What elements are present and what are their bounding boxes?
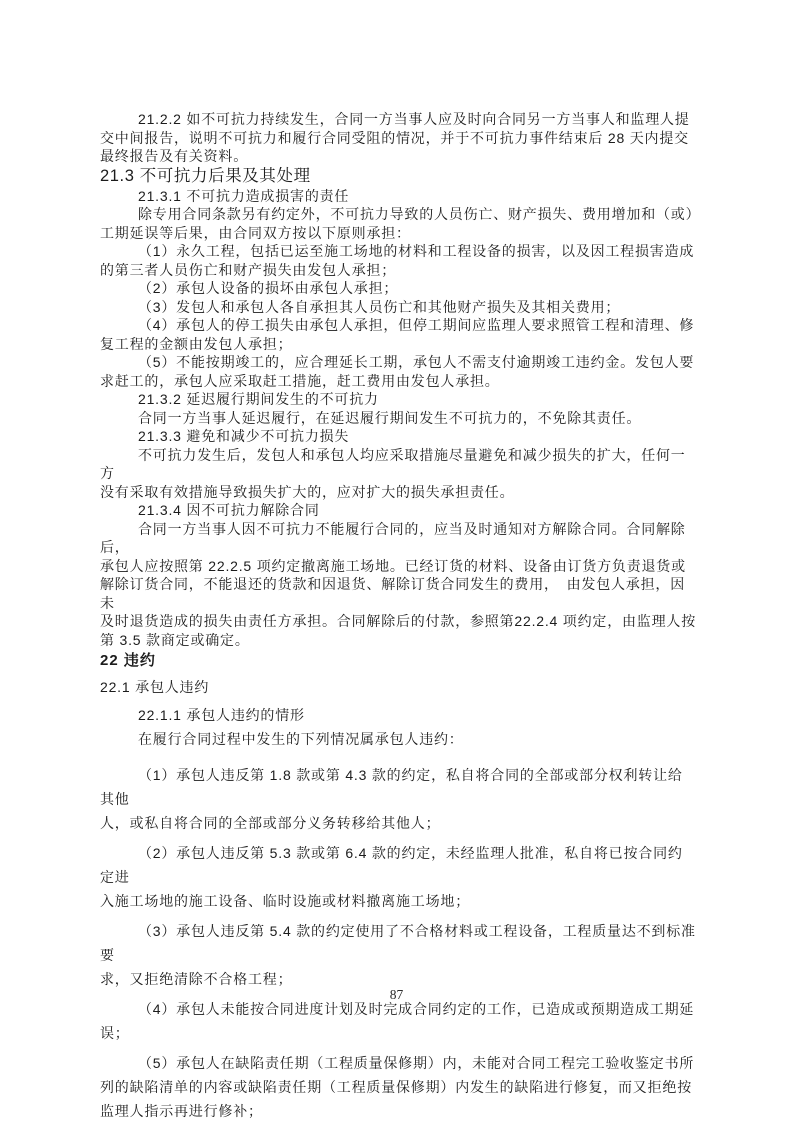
text-line: （2）承包人违反第 5.3 款或第 6.4 款的约定，未经监理人批准，私自将已按… xyxy=(100,841,696,889)
text-line: 最终报告及有关资料。 xyxy=(100,147,696,166)
text-line: 第 3.5 款商定或确定。 xyxy=(100,631,696,650)
page-number: 87 xyxy=(0,987,793,1003)
text-line: 21.3.3 避免和减少不可抗力损失 xyxy=(100,427,696,446)
text-line: 合同一方当事人因不可抗力不能履行合同的，应当及时通知对方解除合同。合同解除后， xyxy=(100,520,696,557)
text-line: （2）承包人设备的损坏由承包人承担； xyxy=(100,279,696,298)
text-line: 解除订货合同，不能退还的货款和因退货、解除订货合同发生的费用， 由发包人承担，因… xyxy=(100,575,696,612)
text-line: 在履行合同过程中发生的下列情况属承包人违约： xyxy=(100,727,696,751)
text-line: 合同一方当事人延迟履行，在延迟履行期间发生不可抗力的，不免除其责任。 xyxy=(100,409,696,428)
text-line: 入施工场地的施工设备、临时设施或材料撤离施工场地； xyxy=(100,889,696,913)
document-page: 21.2.2 如不可抗力持续发生，合同一方当事人应及时向合同另一方当事人和监理人… xyxy=(0,0,793,1122)
text-line: （4）承包人未能按合同进度计划及时完成合同约定的工作，已造成或预期造成工期延误； xyxy=(100,997,696,1045)
text-line: 除专用合同条款另有约定外，不可抗力导致的人员伤亡、财产损失、费用增加和（或） xyxy=(100,205,696,224)
text-line: 22.1 承包人违约 xyxy=(100,675,696,699)
text-line: 的第三者人员伤亡和财产损失由发包人承担； xyxy=(100,261,696,280)
text-line: 列的缺陷清单的内容或缺陷责任期（工程质量保修期）内发生的缺陷进行修复，而又拒绝按 xyxy=(100,1075,696,1099)
text-line: 及时退货造成的损失由责任方承担。合同解除后的付款，参照第22.2.4 项约定，由… xyxy=(100,612,696,631)
text-line: 21.2.2 如不可抗力持续发生，合同一方当事人应及时向合同另一方当事人和监理人… xyxy=(100,110,696,129)
text-line: 不可抗力发生后，发包人和承包人均应采取措施尽量避免和减少损失的扩大，任何一方 xyxy=(100,446,696,483)
text-line: 21.3.1 不可抗力造成损害的责任 xyxy=(100,187,696,206)
text-line: 复工程的金额由发包人承担； xyxy=(100,335,696,354)
text-line: 求赶工的，承包人应采取赶工措施，赶工费用由发包人承担。 xyxy=(100,372,696,391)
text-line: 21.3 不可抗力后果及其处理 xyxy=(100,166,696,187)
text-line: （5）承包人在缺陷责任期（工程质量保修期）内，未能对合同工程完工验收鉴定书所 xyxy=(100,1051,696,1075)
text-line: 22.1.1 承包人违约的情形 xyxy=(100,703,696,727)
text-line: （5）不能按期竣工的，应合理延长工期，承包人不需支付逾期竣工违约金。发包人要 xyxy=(100,353,696,372)
document-body: 21.2.2 如不可抗力持续发生，合同一方当事人应及时向合同另一方当事人和监理人… xyxy=(100,110,696,1122)
text-line: （1）永久工程，包括已运至施工场地的材料和工程设备的损害，以及因工程损害造成 xyxy=(100,242,696,261)
text-line: 21.3.2 延迟履行期间发生的不可抗力 xyxy=(100,390,696,409)
text-line: 22 违约 xyxy=(100,651,696,670)
text-line: 没有采取有效措施导致损失扩大的，应对扩大的损失承担责任。 xyxy=(100,483,696,502)
text-line: （4）承包人的停工损失由承包人承担，但停工期间应监理人要求照管工程和清理、修 xyxy=(100,316,696,335)
text-line: 人，或私自将合同的全部或部分义务转移给其他人； xyxy=(100,811,696,835)
text-line: 交中间报告，说明不可抗力和履行合同受阻的情况，并于不可抗力事件结束后 28 天内… xyxy=(100,129,696,148)
text-line: （3）发包人和承包人各自承担其人员伤亡和其他财产损失及其相关费用； xyxy=(100,298,696,317)
text-line: （1）承包人违反第 1.8 款或第 4.3 款的约定，私自将合同的全部或部分权利… xyxy=(100,763,696,811)
text-line: 工期延误等后果，由合同双方按以下原则承担： xyxy=(100,224,696,243)
text-line: 监理人指示再进行修补； xyxy=(100,1099,696,1122)
text-line: 承包人应按照第 22.2.5 项约定撤离施工场地。已经订货的材料、设备由订货方负… xyxy=(100,557,696,576)
text-line: 21.3.4 因不可抗力解除合同 xyxy=(100,501,696,520)
text-line: （3）承包人违反第 5.4 款的约定使用了不合格材料或工程设备，工程质量达不到标… xyxy=(100,919,696,967)
